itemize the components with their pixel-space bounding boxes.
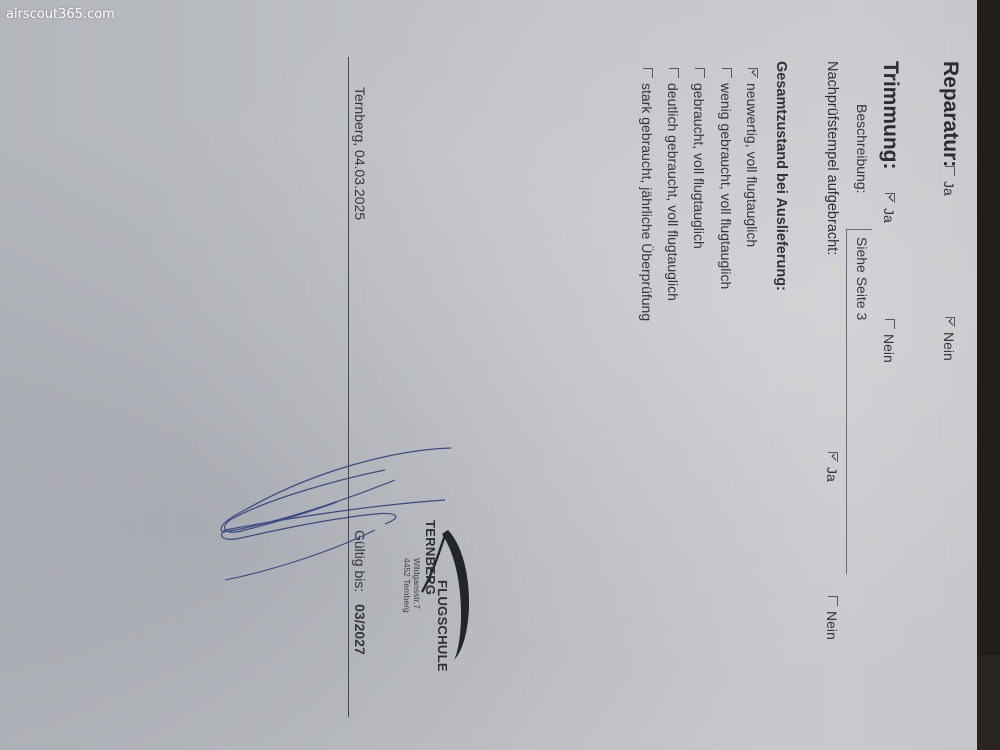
place-date: Ternberg, 04.03.2025 xyxy=(352,87,368,220)
checkbox-icon[interactable] xyxy=(695,68,705,78)
checkbox-checked-icon[interactable] xyxy=(828,452,838,462)
trim-option-ja[interactable]: Ja xyxy=(881,193,897,223)
condition-heading: Gesamtzustand bei Auslieferung: xyxy=(773,61,789,291)
signature-line xyxy=(348,57,349,717)
repair-option-nein[interactable]: Nein xyxy=(941,317,957,361)
watermark: airscout365.com xyxy=(6,7,115,22)
description-box-border xyxy=(846,229,872,230)
repair-label: Reparatur: xyxy=(938,61,962,167)
checkbox-icon[interactable] xyxy=(945,166,955,176)
description-label: Beschreibung: xyxy=(854,104,870,194)
table-edge xyxy=(977,0,1000,750)
signature-scribble xyxy=(215,420,455,600)
condition-option-3[interactable]: deutlich gebraucht, voll flugtauglich xyxy=(665,68,681,301)
valid-until-value: 03/2027 xyxy=(352,604,368,655)
condition-option-0[interactable]: neuwertig, voll flugtauglich xyxy=(744,68,760,247)
checkbox-icon[interactable] xyxy=(828,596,838,606)
condition-option-2[interactable]: gebraucht, voll flugtauglich xyxy=(691,68,707,249)
checkbox-checked-icon[interactable] xyxy=(945,317,955,327)
inspection-stamp-option-nein[interactable]: Nein xyxy=(824,596,840,640)
description-value[interactable]: Siehe Seite 3 xyxy=(854,237,870,320)
checkbox-checked-icon[interactable] xyxy=(885,193,895,203)
trim-label: Trimmung: xyxy=(878,61,902,170)
checkbox-icon[interactable] xyxy=(669,68,679,78)
inspection-stamp-option-ja[interactable]: Ja xyxy=(824,452,840,482)
checkbox-icon[interactable] xyxy=(643,68,653,78)
condition-option-1[interactable]: wenig gebraucht, voll flugtauglich xyxy=(718,68,734,289)
trim-option-nein[interactable]: Nein xyxy=(881,319,897,363)
repair-option-ja[interactable]: Ja xyxy=(941,166,957,196)
checkbox-icon[interactable] xyxy=(722,68,732,78)
inspection-stamp-label: Nachprüfstempel aufgebracht: xyxy=(824,61,840,255)
form-page: Reparatur: Ja Nein Trimmung: Ja Nein Bes… xyxy=(0,0,975,750)
checkbox-checked-icon[interactable] xyxy=(748,68,758,78)
condition-option-4[interactable]: stark gebraucht, jährliche Überprüfung xyxy=(639,68,655,321)
checkbox-icon[interactable] xyxy=(885,319,895,329)
description-box-border xyxy=(846,229,847,574)
